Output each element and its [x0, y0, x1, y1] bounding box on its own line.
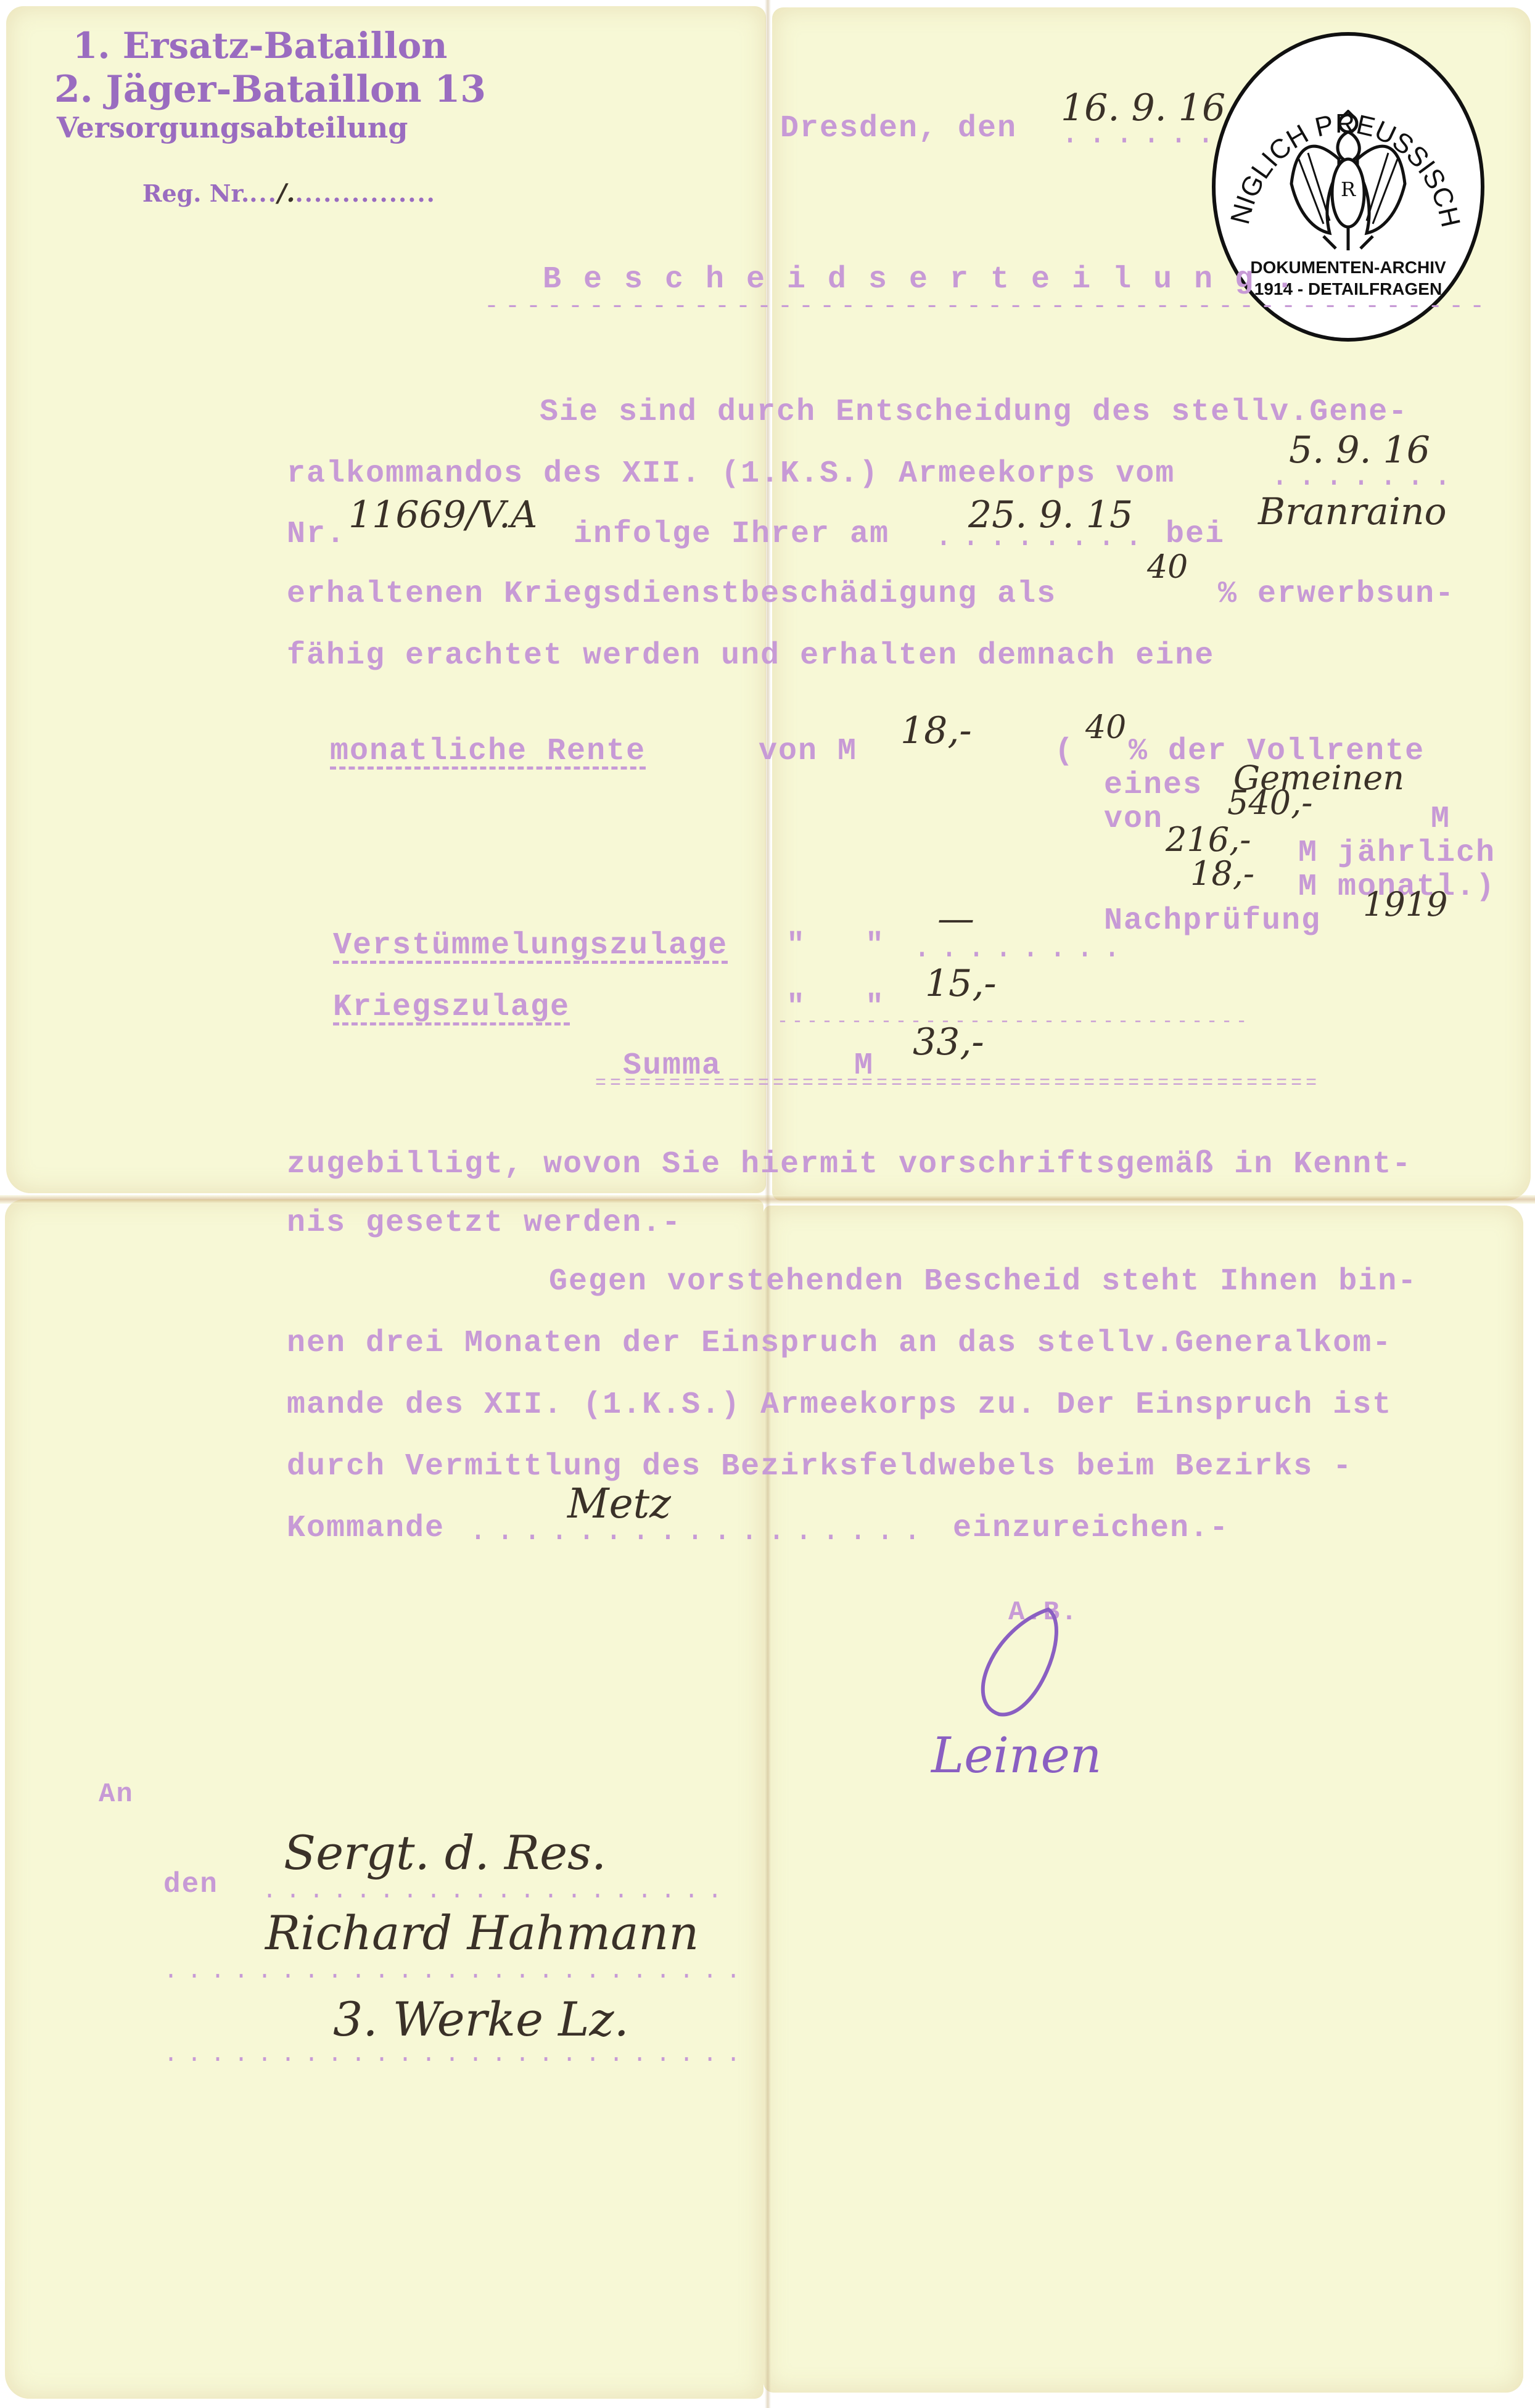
monthly-pension-amount: 18,- — [900, 709, 972, 752]
addressee-dots-2: ......................... — [163, 1958, 749, 1986]
dateline-place: Dresden, den — [780, 111, 1017, 146]
district-command: Metz — [567, 1480, 671, 1527]
body-line-5: fähig erachtet werden und erhalten demna… — [287, 638, 1214, 673]
appeal-line-5-prefix: Kommande — [287, 1511, 445, 1546]
svg-text:R: R — [1341, 178, 1356, 201]
body-line-2: ralkommandos des XII. (1.K.S.) Armeekorp… — [287, 456, 1175, 491]
den-label: den — [163, 1868, 218, 1901]
title-underline: ----------------------------------------… — [484, 293, 1491, 321]
appeal-line-3: mande des XII. (1.K.S.) Armeekorps zu. D… — [287, 1387, 1392, 1423]
paren-open: ( — [1055, 734, 1074, 769]
yearly-amount: 216,- — [1166, 820, 1251, 859]
reg-nr-label: Reg. Nr..../................ — [110, 151, 436, 236]
yearly-label: M jährlich — [1298, 836, 1496, 871]
vertical-fold-crease — [765, 0, 771, 2408]
von-label: von — [1104, 802, 1163, 837]
document-title: Bescheidserteilung. — [543, 262, 1316, 297]
paper-quadrant-bottom-right — [763, 1206, 1523, 2393]
closing-line-1: zugebilligt, wovon Sie hiermit vorschrif… — [287, 1147, 1412, 1182]
ditto-marks-1: " " — [786, 928, 885, 963]
mutilation-allowance-label: Verstümmelungszulage — [333, 928, 728, 963]
monthly-amount-2: 18,- — [1190, 854, 1254, 893]
body-line-1: Sie sind durch Entscheidung des stellv.G… — [540, 395, 1408, 430]
signature: Leinen — [931, 1727, 1101, 1784]
appeal-line-1: Gegen vorstehenden Bescheid steht Ihnen … — [549, 1264, 1417, 1299]
war-underline: -------------------------------- — [777, 1011, 1251, 1032]
closing-line-2: nis gesetzt werden.- — [287, 1206, 681, 1241]
sum-value: 33,- — [913, 1021, 984, 1064]
injury-place: Branraino — [1258, 490, 1447, 533]
injury-date: 25. 9. 15 — [968, 493, 1133, 536]
appeal-line-2: nen drei Monaten der Einspruch an das st… — [287, 1326, 1392, 1361]
war-allowance-value: 15,- — [925, 962, 997, 1005]
appeal-line-5-suffix: einzureichen.- — [953, 1511, 1229, 1546]
unit-stamp-line3: Versorgungsabteilung — [57, 111, 408, 144]
addressee-line-1: Sergt. d. Res. — [284, 1825, 606, 1880]
decision-date: 5. 9. 16 — [1289, 429, 1430, 472]
addressee-line-3: 3. Werke Lz. — [333, 1992, 629, 2047]
reg-nr-value: /. — [278, 179, 295, 208]
decision-number: 11669/V.A — [348, 493, 537, 536]
date-handwritten: 16. 9. 16 — [1061, 86, 1225, 129]
signature-flourish-icon — [956, 1603, 1092, 1727]
unit-stamp-line1: 1. Ersatz-Bataillon — [73, 25, 447, 67]
disability-percent: 40 — [1147, 549, 1188, 586]
full-pension-amount: 540,- — [1227, 783, 1312, 822]
paren-percent: 40 — [1085, 709, 1126, 746]
body-line-4-suffix: % erwerbsun- — [1218, 577, 1455, 612]
addressee-line-2: Richard Hahmann — [265, 1905, 699, 1960]
eines-label: eines — [1104, 768, 1203, 803]
unit-stamp-line2: 2. Jäger-Bataillon 13 — [54, 68, 486, 111]
addressee-dots-1: .................... — [262, 1878, 731, 1905]
body-line-3-mid: infolge Ihrer am — [574, 517, 889, 552]
war-allowance-label: Kriegszulage — [333, 990, 570, 1025]
review-year: 1919 — [1363, 885, 1447, 924]
an-label: An — [99, 1779, 134, 1810]
nr-label: Nr. — [287, 517, 346, 552]
addressee-dots-3: ......................... — [163, 2041, 749, 2069]
von-m-label: von M — [759, 734, 857, 769]
monthly-pension-label: monatliche Rente — [330, 734, 646, 769]
mutilation-dots: ........ — [913, 931, 1130, 966]
m-label: M — [1431, 802, 1451, 837]
sum-double-underline: ========================================… — [595, 1073, 1320, 1094]
appeal-line-4: durch Vermittlung des Bezirksfeldwebels … — [287, 1449, 1352, 1484]
district-dots: ................. — [469, 1514, 930, 1549]
bei-label: bei — [1166, 517, 1225, 552]
review-label: Nachprüfung — [1104, 903, 1321, 939]
prussian-eagle-icon: R — [1286, 110, 1410, 252]
body-line-4: erhaltenen Kriegsdienstbeschädigung als — [287, 577, 1056, 612]
